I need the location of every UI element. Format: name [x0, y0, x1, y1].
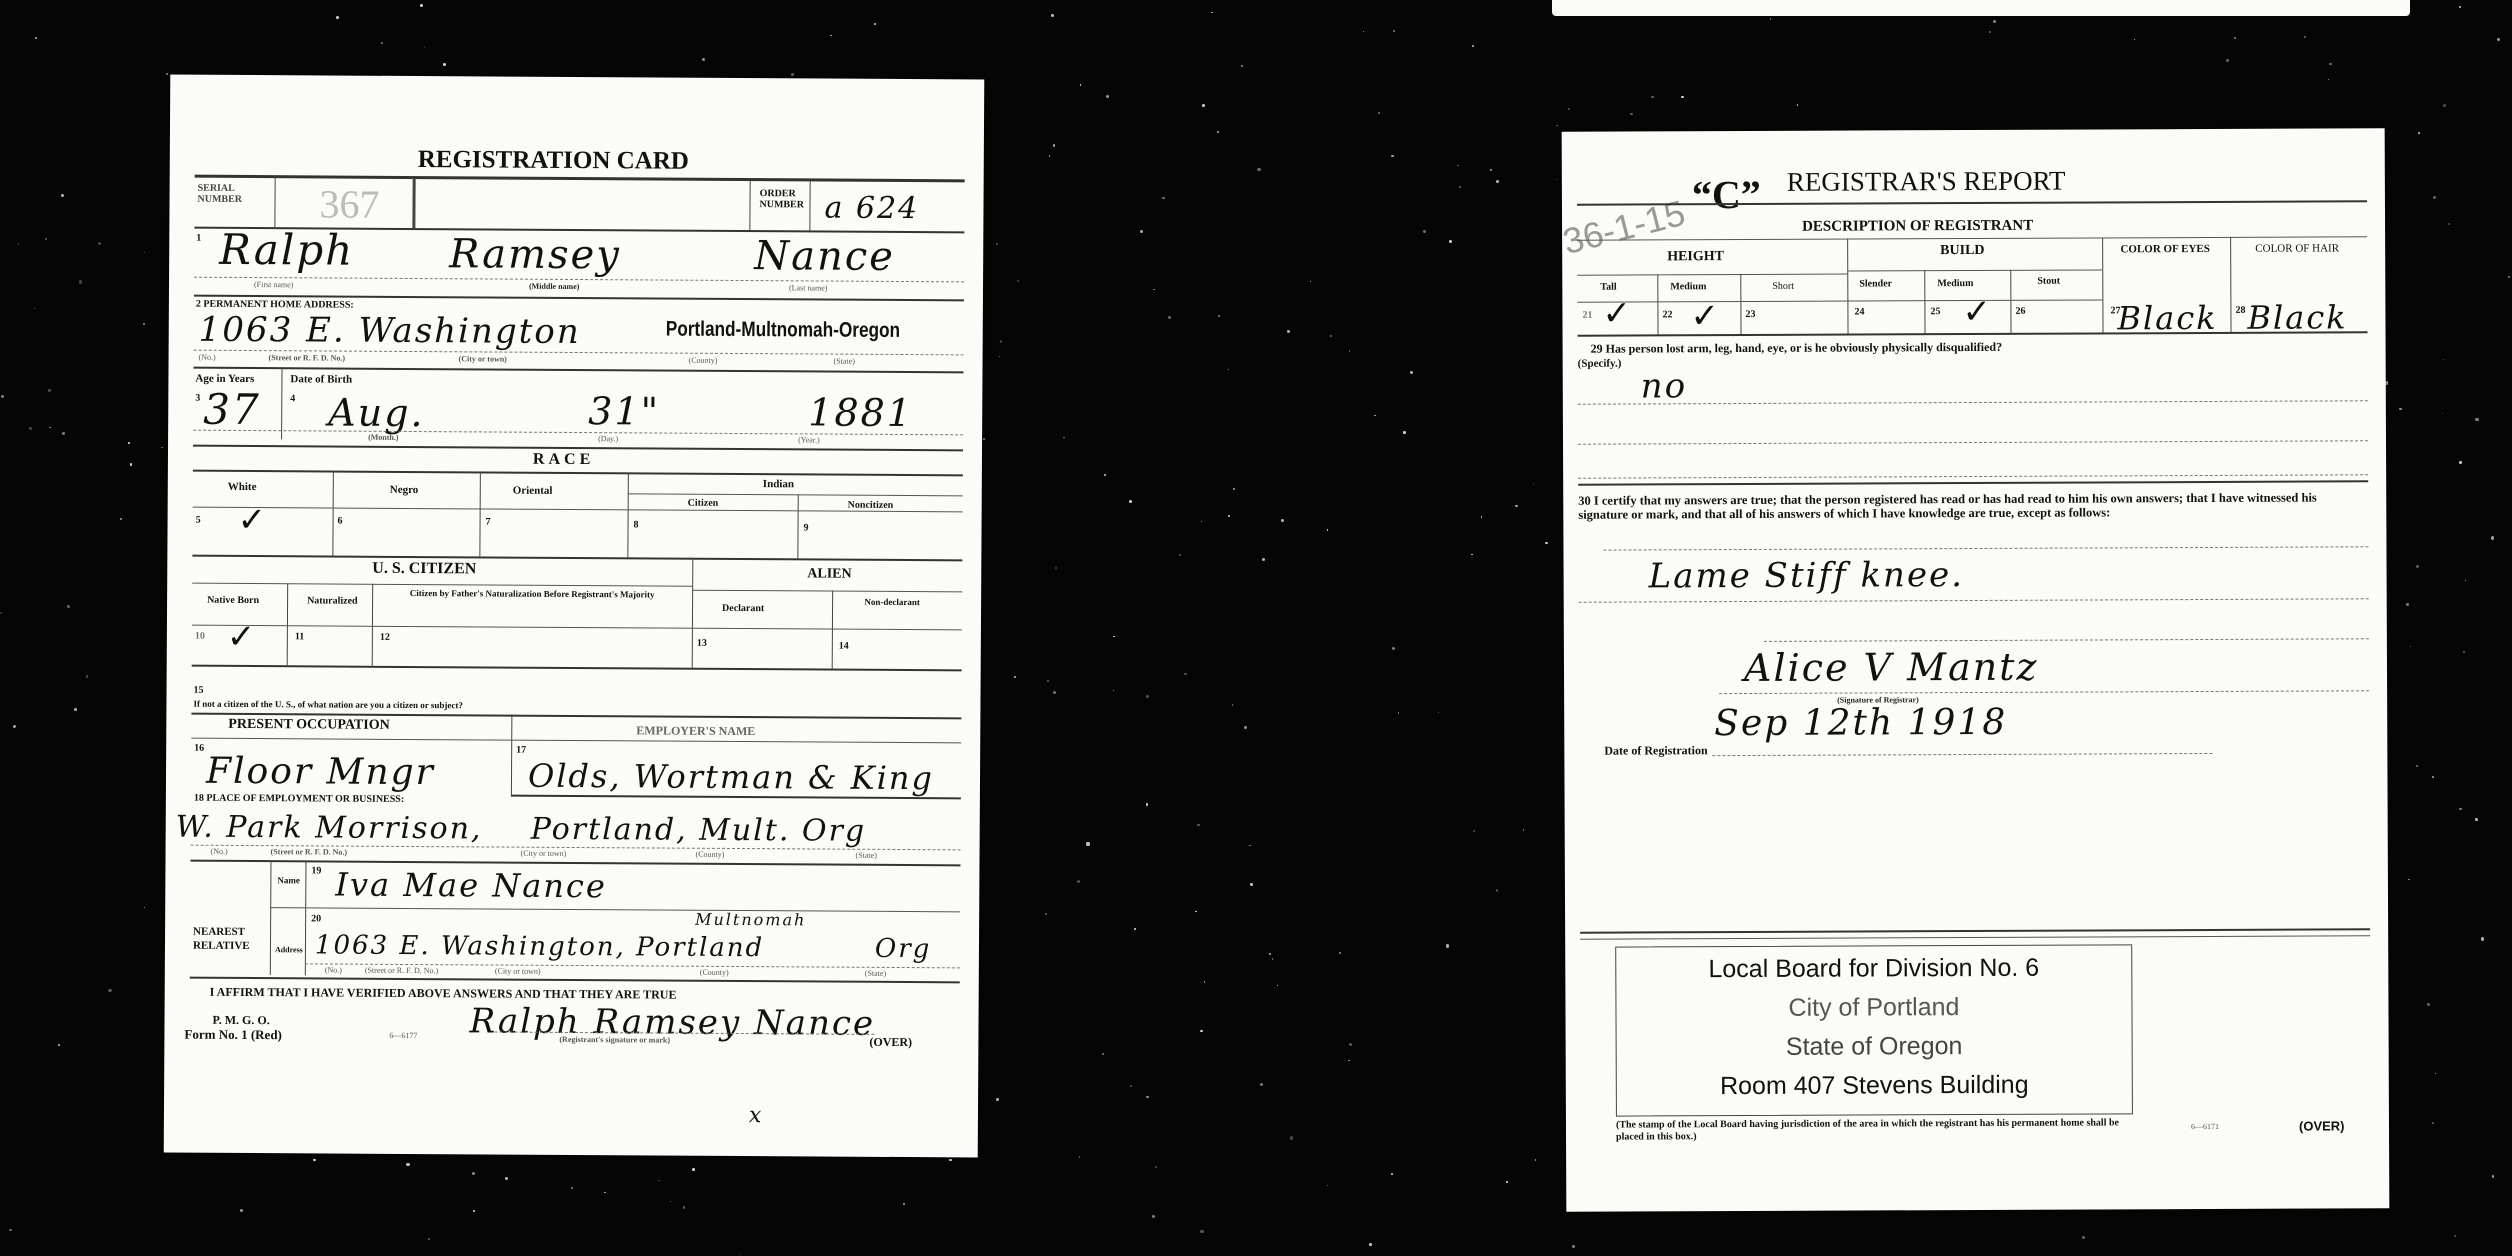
q13-number: 13 — [697, 638, 707, 649]
fathers-naturalization-label: Citizen by Father's Naturalization Befor… — [387, 588, 677, 601]
q25-number: 25 — [1930, 306, 1940, 317]
q10-number: 10 — [195, 631, 205, 642]
q1-number: 1 — [196, 233, 201, 244]
dob-year: 1881 — [808, 390, 913, 435]
form-code: 6—6177 — [389, 1031, 417, 1040]
q3-number: 3 — [195, 393, 200, 404]
registrar-form-code: 6—6171 — [2191, 1122, 2219, 1131]
caption-first-name: (First name) — [254, 280, 293, 289]
caption-state: (State) — [834, 357, 855, 366]
q22-number: 22 — [1662, 309, 1672, 320]
age-value: 37 — [203, 385, 261, 434]
dob-month: Aug. — [328, 390, 425, 435]
occupation-header: PRESENT OCCUPATION — [228, 717, 390, 734]
height-tall-label: Tall — [1600, 282, 1616, 293]
caption-emp-street: (Street or R. F. D. No.) — [271, 847, 348, 856]
registrar-signature: Alice V Mantz — [1744, 645, 2039, 690]
nondeclarant-label: Non-declarant — [862, 597, 922, 608]
form-id-line2: Form No. 1 (Red) — [184, 1027, 282, 1044]
first-name: Ralph — [219, 225, 354, 275]
registrars-report-title: REGISTRAR'S REPORT — [1787, 166, 2066, 198]
relative-address-value: 1063 E. Washington, Portland — [315, 930, 764, 963]
q5-number: 5 — [196, 515, 201, 526]
middle-name: Ramsey — [449, 231, 621, 278]
employer-header: EMPLOYER'S NAME — [636, 723, 755, 739]
hair-header: COLOR OF HAIR — [2242, 242, 2352, 255]
build-slender-label: Slender — [1859, 278, 1892, 289]
bottom-mark: x — [749, 1103, 764, 1128]
caption-rel-no: (No.) — [325, 965, 342, 974]
build-stout-label: Stout — [2037, 276, 2060, 287]
relative-address-label: Address — [275, 945, 303, 954]
height-short-label: Short — [1772, 281, 1794, 292]
employer-value: Olds, Wortman & King — [528, 757, 934, 797]
q8-number: 8 — [634, 519, 639, 530]
signature-caption: (Registrant's signature or mark) — [559, 1035, 670, 1045]
caption-month: (Month.) — [368, 433, 399, 442]
registration-card: REGISTRATION CARD SERIAL NUMBER 367 ORDE… — [164, 75, 985, 1158]
stamp-line-3: State of Oregon — [1617, 1031, 2132, 1062]
declarant-label: Declarant — [722, 603, 764, 614]
q6-number: 6 — [338, 516, 343, 527]
relative-name-label: Name — [277, 875, 300, 885]
height-medium-check[interactable]: ✓ — [1690, 296, 1719, 336]
caption-emp-county: (County) — [696, 850, 725, 859]
registration-date: Sep 12th 1918 — [1714, 702, 2007, 744]
registrant-signature: Ralph Ramsey Nance — [469, 1001, 875, 1043]
home-address-street: 1063 E. Washington — [199, 310, 581, 352]
q16-number: 16 — [194, 743, 204, 754]
home-address-stamp: Portland-Multnomah-Oregon — [666, 318, 901, 343]
q19-number: 19 — [311, 865, 321, 876]
height-medium-label: Medium — [1670, 281, 1706, 292]
employment-street: W. Park Morrison, — [176, 810, 483, 847]
caption-day: (Day.) — [598, 434, 618, 443]
q23-number: 23 — [1745, 309, 1755, 320]
caption-city: (City or town) — [459, 354, 507, 363]
caption-county: (County) — [689, 356, 718, 365]
local-board-stamp: Local Board for Division No. 6 City of P… — [1615, 944, 2133, 1116]
date-of-registration-label: Date of Registration — [1604, 743, 1707, 758]
q30-certification: 30 I certify that my answers are true; t… — [1578, 490, 2363, 521]
caption-emp-no: (No.) — [211, 847, 228, 856]
q11-number: 11 — [295, 631, 305, 642]
dob-day: 31" — [588, 389, 660, 433]
caption-year: (Year.) — [798, 435, 820, 444]
serial-number-label: SERIAL NUMBER — [198, 183, 258, 205]
q26-number: 26 — [2015, 306, 2025, 317]
race-indian-citizen-label: Citizen — [688, 498, 719, 509]
native-born-check[interactable]: ✓ — [227, 617, 256, 657]
us-citizen-header: U. S. CITIZEN — [372, 560, 476, 579]
q24-number: 24 — [1854, 306, 1864, 317]
caption-rel-county: (County) — [700, 968, 729, 977]
q28-number: 28 — [2235, 305, 2245, 316]
serial-number-value: 367 — [319, 180, 379, 227]
caption-street: (Street or R. F. D. No.) — [269, 353, 346, 362]
race-oriental-label: Oriental — [513, 485, 553, 497]
build-medium-label: Medium — [1937, 278, 1973, 289]
order-number-value: a 624 — [824, 191, 919, 227]
race-negro-label: Negro — [390, 484, 419, 496]
over-label-right: (OVER) — [2299, 1118, 2345, 1133]
adjacent-card-edge — [1552, 0, 2410, 16]
caption-no: (No.) — [199, 353, 216, 362]
relative-name-value: Iva Mae Nance — [335, 866, 607, 906]
nearest-relative-label: NEAREST RELATIVE — [193, 925, 263, 953]
build-medium-check[interactable]: ✓ — [1962, 292, 1991, 332]
caption-last-name: (Last name) — [789, 283, 827, 292]
occupation-value: Floor Mngr — [206, 751, 435, 793]
over-label: (OVER) — [869, 1035, 912, 1050]
last-name: Nance — [754, 233, 895, 280]
affirmation-text: I AFFIRM THAT I HAVE VERIFIED ABOVE ANSW… — [210, 985, 677, 1003]
q21-number: 21 — [1582, 310, 1592, 321]
eyes-header: COLOR OF EYES — [2115, 243, 2215, 256]
q14-number: 14 — [839, 641, 849, 652]
description-header: DESCRIPTION OF REGISTRANT — [1802, 218, 2033, 236]
race-white-label: White — [228, 481, 257, 493]
order-number-label: ORDER NUMBER — [759, 188, 809, 210]
q29-question: 29 Has person lost arm, leg, hand, eye, … — [1591, 340, 2003, 357]
race-indian-label: Indian — [763, 478, 794, 490]
caption-rel-city: (City or town) — [495, 967, 541, 976]
q17-number: 17 — [516, 745, 526, 756]
q15-question: If not a citizen of the U. S., of what n… — [193, 699, 462, 711]
q29-answer: no — [1641, 366, 1688, 406]
alien-header: ALIEN — [807, 566, 851, 582]
height-header: HEIGHT — [1667, 249, 1724, 265]
stamp-line-1: Local Board for Division No. 6 — [1616, 953, 2131, 984]
q12-number: 12 — [380, 632, 390, 643]
caption-emp-state: (State) — [856, 851, 877, 860]
race-white-check[interactable]: ✓ — [237, 500, 266, 540]
relative-state-value: Org — [875, 934, 932, 964]
age-label: Age in Years — [195, 373, 254, 385]
q7-number: 7 — [486, 516, 491, 527]
relative-county-value: Multnomah — [695, 910, 806, 930]
caption-rel-street: (Street or R. F. D. No.) — [365, 966, 438, 975]
stamp-line-4: Room 407 Stevens Building — [1617, 1070, 2132, 1101]
letter-c: “C” — [1692, 171, 1761, 218]
exception-note: Lame Stiff knee. — [1649, 555, 1965, 596]
race-indian-noncitizen-label: Noncitizen — [848, 500, 894, 511]
build-header: BUILD — [1940, 243, 1984, 259]
dob-label: Date of Birth — [290, 373, 352, 385]
q4-number: 4 — [290, 393, 295, 404]
registrars-report-card: 36-1-15 “C” REGISTRAR'S REPORT DESCRIPTI… — [1562, 128, 2390, 1212]
card-title: REGISTRATION CARD — [418, 146, 689, 176]
caption-middle-name: (Middle name) — [529, 282, 579, 291]
height-tall-check[interactable]: ✓ — [1602, 294, 1631, 334]
race-header: RACE — [533, 451, 594, 469]
naturalized-label: Naturalized — [307, 595, 358, 606]
stamp-line-2: City of Portland — [1616, 992, 2131, 1023]
caption-emp-city: (City or town) — [521, 849, 567, 858]
q15-number: 15 — [194, 685, 204, 696]
stamp-instructions: (The stamp of the Local Board having jur… — [1616, 1117, 2136, 1143]
q9-number: 9 — [804, 522, 809, 533]
place-of-employment-label: 18 PLACE OF EMPLOYMENT OR BUSINESS: — [194, 793, 404, 805]
q20-number: 20 — [311, 913, 321, 924]
native-born-label: Native Born — [207, 595, 259, 606]
q29-specify: (Specify.) — [1578, 358, 1622, 370]
caption-rel-state: (State) — [865, 969, 886, 978]
employment-city: Portland, Mult. Org — [531, 812, 867, 849]
form-id-line1: P. M. G. O. — [212, 1013, 269, 1028]
